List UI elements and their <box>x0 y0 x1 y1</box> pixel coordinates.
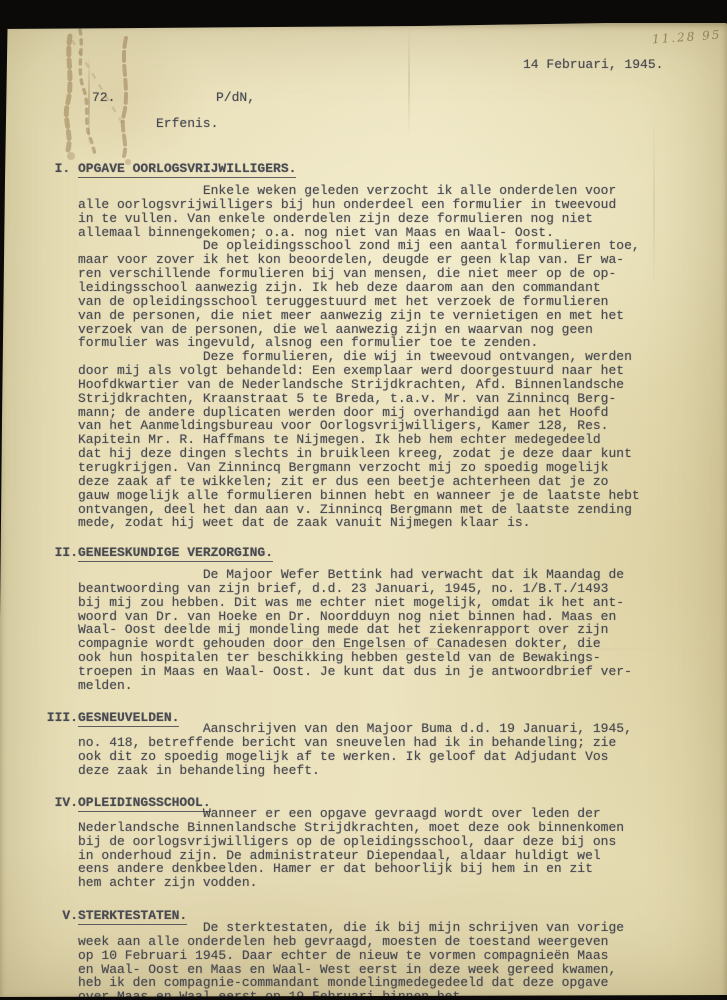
document-line: Waal- Oost deelde mij mondeling mede dat… <box>78 623 609 637</box>
document-line: door mij als volgt behandeld: Een exempl… <box>78 364 624 378</box>
document-line: troepen in Maas en Waal- Oost. Je kunt d… <box>78 665 632 679</box>
document-line: van de personen, die niet meer aanwezig … <box>78 309 624 323</box>
document-line: De sterktestaten, die ik bij mijn schrij… <box>78 921 624 935</box>
section-numeral: V. <box>62 909 78 923</box>
document-line: Enkele weken geleden verzocht ik alle on… <box>78 184 616 198</box>
document-line: Strijdkrachten, Kraanstraat 5 te Breda, … <box>78 392 616 406</box>
document-line: Kapitein Mr. R. Haffmans te Nijmegen. Ik… <box>78 433 601 447</box>
document-line: van de opleidingsschool teruggestuurd me… <box>78 295 609 309</box>
document-line: en Waal- Oost en Maas en Waal- West eers… <box>78 963 616 977</box>
section-heading: II.GENEESKUNDIGE VERZORGING. <box>78 546 273 560</box>
document-line: ren verschillende formulieren bij van me… <box>78 267 616 281</box>
document-line: compagnie wordt gehouden door den Engels… <box>78 637 601 651</box>
document-line: ook hun hospitalen ter beschikking hebbe… <box>78 651 601 665</box>
document-line: no. 418, betreffende bericht van sneuvel… <box>78 736 616 750</box>
document-line: mede, zodat hij weet dat de zaak vanuit … <box>78 516 530 530</box>
document-line: Aanschrijven van den Majoor Buma d.d. 19… <box>78 722 632 736</box>
document-line: hem achter zijn vodden. <box>78 876 257 890</box>
section-heading: I. OPGAVE OORLOGSVRIJWILLIGERS. <box>78 162 296 176</box>
document-line: beantwoording van zijn brief, d.d. 23 Ja… <box>78 582 609 596</box>
section-numeral: IV. <box>55 796 78 810</box>
document-line: melden. <box>78 679 133 693</box>
section-numeral: II. <box>55 546 78 560</box>
document-line: De opleidingsschool zond mij een aantal … <box>78 239 640 253</box>
document-line: in te vullen. Van enkele onderdelen zijn… <box>78 212 593 226</box>
document-line: Deze formulieren, die wij in tweevoud on… <box>78 350 632 364</box>
section-title: OPGAVE OORLOGSVRIJWILLIGERS. <box>78 161 296 178</box>
document-line: alle oorlogsvrijwilligers bij hun onderd… <box>78 198 616 212</box>
document-body: I. OPGAVE OORLOGSVRIJWILLIGERS. Enkele w… <box>78 0 698 1000</box>
document-line: week aan alle onderdelen heb gevraagd, m… <box>78 935 609 949</box>
document-line: dat hij deze dingen slechts in bruikleen… <box>78 447 632 461</box>
document-line: Wanneer er een opgave gevraagd wordt ove… <box>78 807 601 821</box>
document-line: ontvangen, deel het dan aan v. Zinnincq … <box>78 503 632 517</box>
section-numeral: III. <box>47 711 78 725</box>
document-line: eens andere denkbeelden. Hamer er dat be… <box>78 862 593 876</box>
document-line: bij mij zou hebben. Dit was me echter ni… <box>78 596 624 610</box>
section-title: GENEESKUNDIGE VERZORGING. <box>78 545 273 562</box>
document-line: leidingsschool aanwezig zijn. Ik heb dez… <box>78 281 601 295</box>
document-line: woord van Dr. van Hoeke en Dr. Noordduyn… <box>78 610 616 624</box>
document-line: terugkrijgen. Van Zinnincq Bergmann verz… <box>78 461 609 475</box>
document-line: in onderhoud zijn. De administrateur Die… <box>78 849 601 863</box>
document-line: allemaal binnengekomen; o.a. nog niet va… <box>78 226 554 240</box>
document-line: Nederlandsche Binnenlandsche Strijdkrach… <box>78 821 624 835</box>
document-line: maar voor zover ik het kon beoordelen, d… <box>78 253 624 267</box>
document-line: ook dit zo spoedig mogelijk af te werken… <box>78 750 609 764</box>
document-line: De Majoor Wefer Bettink had verwacht dat… <box>78 568 624 582</box>
document-line: Hoofdkwartier van de Nederlandsche Strij… <box>78 378 624 392</box>
document-line: van het Aanmeldingsbureau voor Oorlogsvr… <box>78 419 609 433</box>
document-line: bij de oorlogsvrijwilligers op de opleid… <box>78 835 616 849</box>
document-line: heb ik den compagnie-commandant mondelin… <box>78 976 609 990</box>
document-line: formulier was ingevuld, alsnog een formu… <box>78 336 538 350</box>
section-numeral: I. <box>55 162 78 176</box>
document-line: verzoek van de personen, die wel aanwezi… <box>78 323 593 337</box>
document-line: deze zaak af te wikkelen; zit er dus een… <box>78 475 609 489</box>
document-line: deze zaak in behandeling heeft. <box>78 764 320 778</box>
document-line: op 10 Februari 1945. Daar echter de nieu… <box>78 949 609 963</box>
document-line: gauw mogelijk alle formulieren binnen he… <box>78 489 640 503</box>
document-line: mann; de andere duplicaten werden door m… <box>78 406 609 420</box>
